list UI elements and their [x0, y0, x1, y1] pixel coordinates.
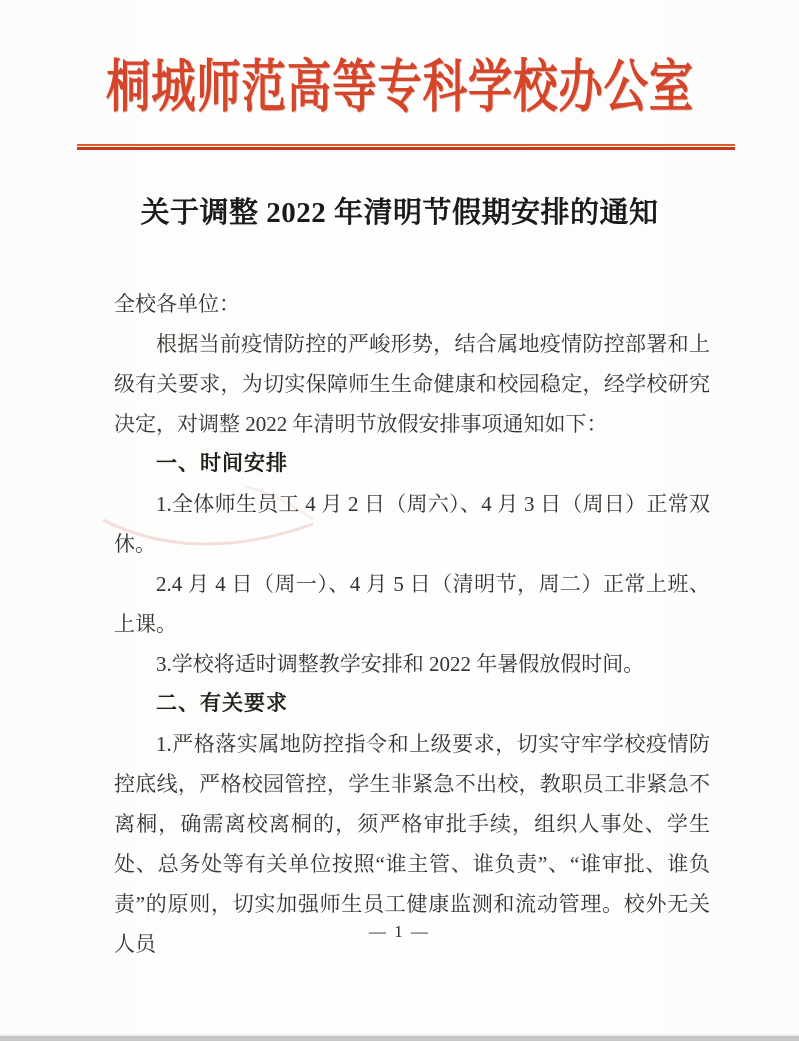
document-title: 关于调整 2022 年清明节假期安排的通知 — [0, 190, 799, 231]
section-1-item-1: 1.全体师生员工 4 月 2 日（周六）、4 月 3 日（周日）正常双休。 — [114, 484, 710, 564]
section-2-heading: 二、有关要求 — [114, 684, 710, 724]
section-1-item-2: 2.4 月 4 日（周一）、4 月 5 日（清明节，周二）正常上班、上课。 — [114, 564, 710, 644]
intro-paragraph: 根据当前疫情防控的严峻形势，结合属地疫情防控部署和上级有关要求，为切实保障师生生… — [114, 324, 710, 444]
letterhead-banner: 桐城师范高等专科学校办公室 — [0, 48, 799, 128]
scan-edge-strip — [0, 1036, 799, 1041]
section-1-heading: 一、时间安排 — [114, 444, 710, 484]
letterhead-divider-line — [77, 144, 735, 150]
office-name-text: 桐城师范高等专科学校办公室 — [105, 48, 693, 128]
scanned-document-page: 桐城师范高等专科学校办公室 关于调整 2022 年清明节假期安排的通知 全校各单… — [0, 0, 799, 1041]
section-1-item-3: 3.学校将适时调整教学安排和 2022 年暑假放假时间。 — [114, 644, 710, 684]
salutation: 全校各单位： — [114, 284, 710, 324]
page-number: — 1 — — [0, 922, 799, 942]
document-body: 全校各单位： 根据当前疫情防控的严峻形势，结合属地疫情防控部署和上级有关要求，为… — [114, 284, 710, 964]
